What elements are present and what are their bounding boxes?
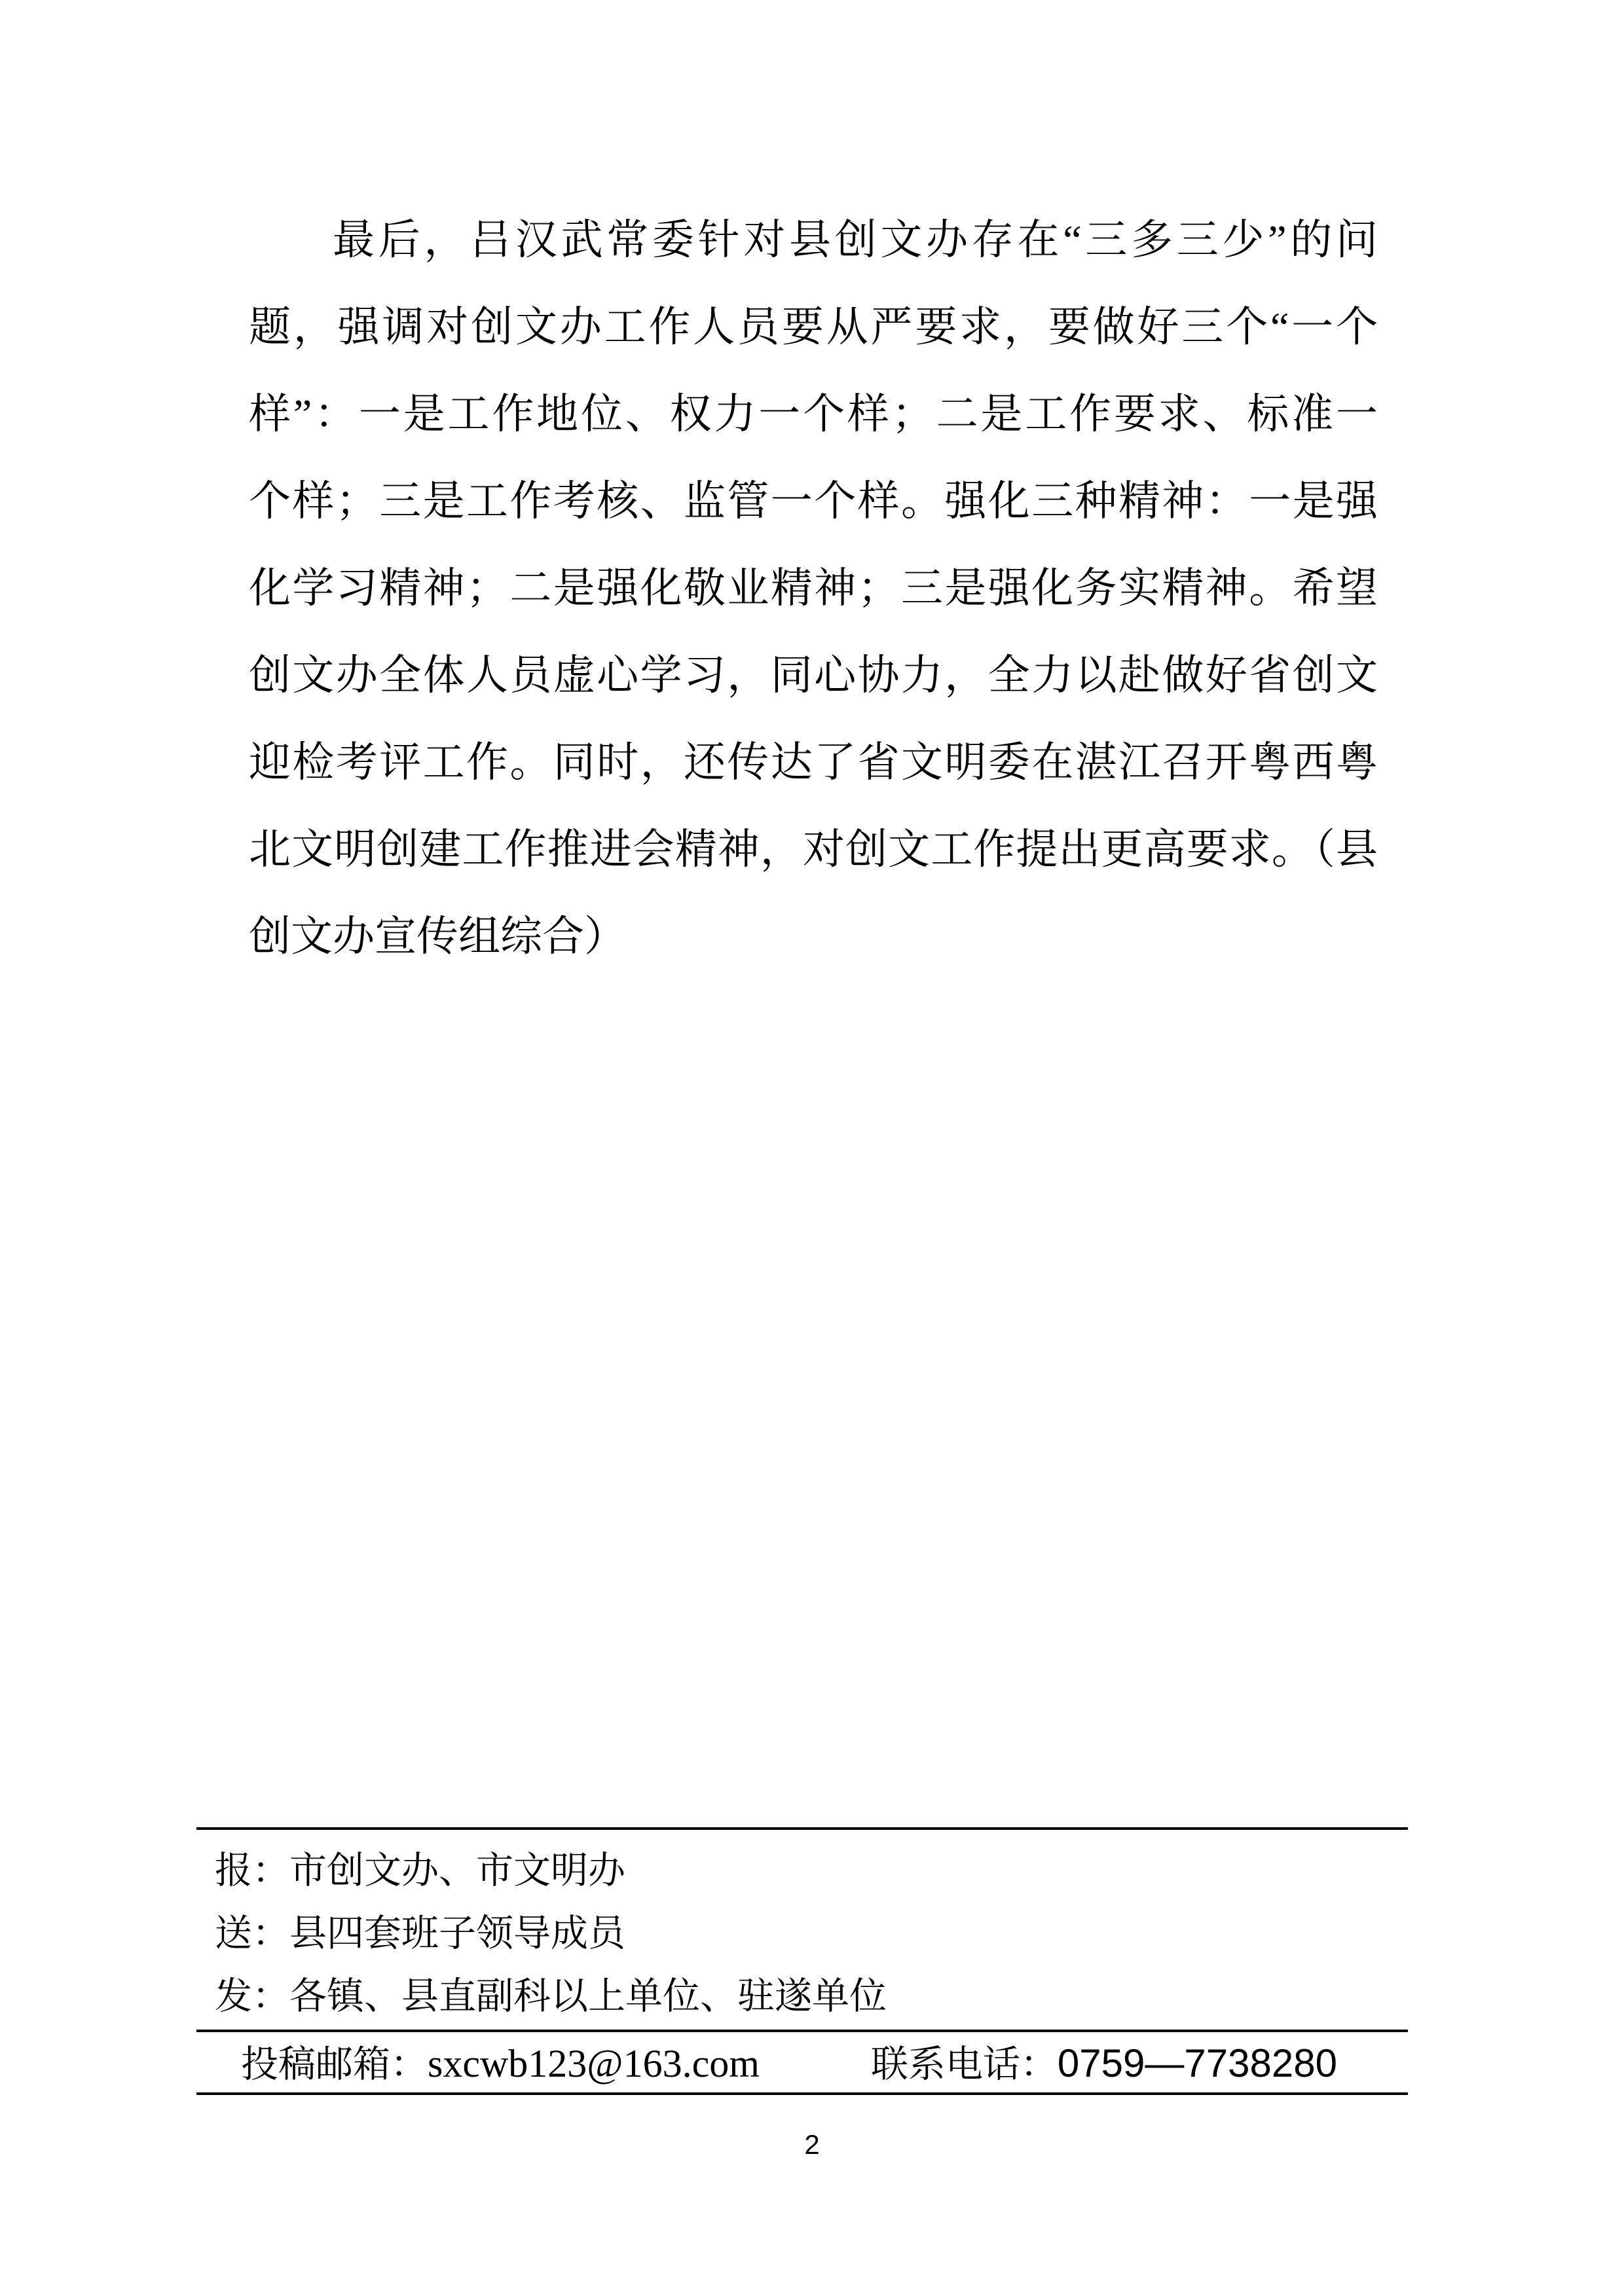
body-line: 最后，吕汉武常委针对县创文办存在“三多三少”的问: [249, 196, 1378, 283]
distribution-value: 县四套班子领导成员: [289, 1913, 625, 1954]
phone-label: 联系电话：: [871, 2044, 1058, 2085]
document-page: 最后，吕汉武常委针对县创文办存在“三多三少”的问题，强调对创文办工作人员要从严要…: [0, 0, 1624, 2296]
separator-line-top: [196, 1827, 1408, 1830]
body-paragraph: 最后，吕汉武常委针对县创文办存在“三多三少”的问题，强调对创文办工作人员要从严要…: [249, 196, 1378, 980]
distribution-value: 市创文办、市文明办: [289, 1850, 625, 1891]
body-line: 题，强调对创文办工作人员要从严要求，要做好三个“一个: [249, 283, 1378, 371]
distribution-label: 报：: [215, 1850, 289, 1891]
distribution-list: 报：市创文办、市文明办送：县四套班子领导成员发：各镇、县直副科以上单位、驻遂单位: [215, 1840, 1407, 2028]
distribution-value: 各镇、县直副科以上单位、驻遂单位: [289, 1976, 887, 2017]
body-line: 北文明创建工作推进会精神，对创文工作提出更高要求。（县: [249, 806, 1378, 893]
distribution-row: 送：县四套班子领导成员: [215, 1903, 1407, 1965]
body-line: 创文办宣传组综合）: [249, 893, 1378, 980]
page-number: 2: [0, 2129, 1624, 2160]
body-line: 个样；三是工作考核、监管一个样。强化三种精神：一是强: [249, 458, 1378, 545]
distribution-row: 报：市创文办、市文明办: [215, 1840, 1407, 1903]
separator-line-bottom: [196, 2092, 1408, 2095]
phone-value: 0759—7738280: [1058, 2041, 1337, 2085]
body-line: 迎检考评工作。同时，还传达了省文明委在湛江召开粤西粤: [249, 719, 1378, 806]
body-line: 创文办全体人员虚心学习，同心协力，全力以赴做好省创文: [249, 632, 1378, 719]
contact-line: 投稿邮箱：sxcwb123@163.com联系电话：0759—7738280: [241, 2035, 1413, 2092]
distribution-row: 发：各镇、县直副科以上单位、驻遂单位: [215, 1965, 1407, 2028]
distribution-label: 发：: [215, 1976, 289, 2017]
separator-line-middle: [196, 2030, 1408, 2032]
email-label: 投稿邮箱：: [241, 2044, 428, 2085]
distribution-label: 送：: [215, 1913, 289, 1954]
body-line: 化学习精神；二是强化敬业精神；三是强化务实精神。希望: [249, 545, 1378, 632]
body-line: 样”：一是工作地位、权力一个样；二是工作要求、标准一: [249, 371, 1378, 458]
email-value: sxcwb123@163.com: [428, 2042, 760, 2085]
